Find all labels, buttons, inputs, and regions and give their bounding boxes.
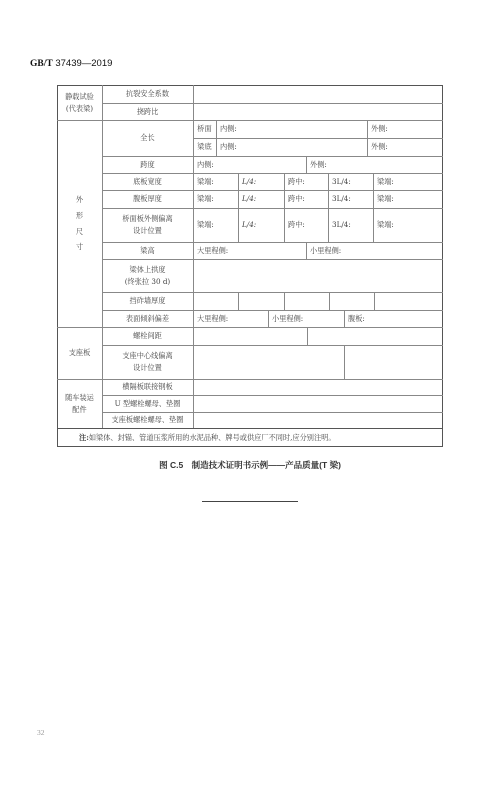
- category-char: 寸: [76, 239, 83, 255]
- bottom-outer-field[interactable]: 外侧:: [367, 138, 443, 156]
- bolt-spacing-label: 螺栓间距: [102, 327, 193, 345]
- web-thickness-end1[interactable]: 梁端:: [193, 190, 238, 208]
- accessories-category: 随车装运 配件: [57, 379, 102, 428]
- span-inner-field[interactable]: 内侧:: [193, 156, 306, 173]
- table-note: 注: 如梁体、封锚、管道压浆所用的水泥品种、牌号或供应厂不同时,应分别注明。: [57, 428, 443, 447]
- surface-tilt-label: 表面倾斜偏差: [102, 310, 193, 327]
- surface-tilt-web-field[interactable]: 腹板:: [344, 310, 443, 327]
- ballast-wall-value[interactable]: [193, 292, 238, 310]
- category-char: 形: [76, 208, 83, 224]
- span-label: 跨度: [102, 156, 193, 173]
- diaphragm-plate-value[interactable]: [193, 379, 443, 395]
- beam-height-label: 梁高: [102, 242, 193, 259]
- bearing-bolt-label: 支座板螺栓螺母、垫圈: [102, 412, 193, 428]
- bottom-width-three-quarter[interactable]: 3L/4:: [328, 173, 373, 190]
- bearing-plate-category: 支座板: [57, 327, 102, 379]
- deck-sub-label: 桥面: [193, 120, 216, 138]
- category-line: 随车装运: [65, 392, 94, 404]
- u-bolt-value[interactable]: [193, 395, 443, 412]
- label-line: 支座中心线偏离: [122, 350, 172, 362]
- web-thickness-end2[interactable]: 梁端:: [373, 190, 443, 208]
- bottom-width-mid[interactable]: 跨中:: [284, 173, 328, 190]
- deck-inner-field[interactable]: 内侧:: [216, 120, 367, 138]
- deflection-span-ratio-label: 挠跨比: [102, 103, 193, 120]
- bearing-bolt-value[interactable]: [193, 412, 443, 428]
- diaphragm-plate-label: 横隔板联接钢板: [102, 379, 193, 395]
- crack-safety-factor-value[interactable]: [193, 85, 443, 103]
- ballast-wall-label: 挡砟墙厚度: [102, 292, 193, 310]
- web-thickness-quarter[interactable]: L/4:: [238, 190, 284, 208]
- bearing-center-offset-label: 支座中心线偏离 设计位置: [102, 345, 193, 379]
- deck-offset-label: 桥面板外侧偏离 设计位置: [102, 208, 193, 242]
- web-thickness-three-quarter[interactable]: 3L/4:: [328, 190, 373, 208]
- web-thickness-label: 腹板厚度: [102, 190, 193, 208]
- dimensions-category: 外 形 尺 寸: [57, 120, 102, 327]
- camber-label: 梁体上拱度 (终张拉 30 d): [102, 259, 193, 292]
- camber-value[interactable]: [193, 259, 443, 292]
- span-outer-field[interactable]: 外侧:: [306, 156, 443, 173]
- label-line: (终张拉 30 d): [125, 276, 171, 288]
- note-text: 如梁体、封锚、管道压浆所用的水泥品种、牌号或供应厂不同时,应分别注明。: [89, 432, 336, 444]
- category-line: (代表梁): [66, 103, 93, 115]
- deck-offset-end2[interactable]: 梁端:: [373, 208, 443, 242]
- label-line: 梁体上拱度: [130, 264, 166, 276]
- beam-height-large-field[interactable]: 大里程侧:: [193, 242, 306, 259]
- beam-height-small-field[interactable]: 小里程侧:: [306, 242, 443, 259]
- bottom-sub-label: 梁底: [193, 138, 216, 156]
- standard-prefix: GB/T: [30, 59, 53, 69]
- end-rule: [202, 501, 298, 502]
- category-char: 尺: [76, 224, 83, 240]
- category-char: 外: [76, 192, 83, 208]
- deflection-span-ratio-value[interactable]: [193, 103, 443, 120]
- ballast-wall-value[interactable]: [238, 292, 284, 310]
- bottom-width-quarter[interactable]: L/4:: [238, 173, 284, 190]
- category-line: 配件: [72, 404, 86, 416]
- category-line: 静载试验: [65, 91, 94, 103]
- bolt-spacing-value[interactable]: [193, 327, 307, 345]
- label-line: 设计位置: [133, 225, 162, 237]
- crack-safety-factor-label: 抗裂安全系数: [102, 85, 193, 103]
- label-line: 桥面板外侧偏离: [122, 213, 172, 225]
- bearing-center-offset-value[interactable]: [344, 345, 443, 379]
- bottom-width-label: 底板宽度: [102, 173, 193, 190]
- ballast-wall-value[interactable]: [284, 292, 329, 310]
- surface-tilt-large-field[interactable]: 大里程侧:: [193, 310, 268, 327]
- static-test-category: 静载试验 (代表梁): [57, 85, 102, 120]
- standard-number: 37439—2019: [55, 58, 112, 69]
- deck-offset-three-quarter[interactable]: 3L/4:: [328, 208, 373, 242]
- page-number: 32: [37, 728, 45, 737]
- bearing-center-offset-value[interactable]: [193, 345, 344, 379]
- web-thickness-mid[interactable]: 跨中:: [284, 190, 328, 208]
- deck-offset-end1[interactable]: 梁端:: [193, 208, 238, 242]
- ballast-wall-value[interactable]: [374, 292, 443, 310]
- figure-caption: 图 C.5 制造技术证明书示例——产品质量(T 梁): [0, 459, 500, 471]
- bottom-inner-field[interactable]: 内侧:: [216, 138, 367, 156]
- note-prefix: 注:: [79, 432, 89, 444]
- standard-header: GB/T 37439—2019: [30, 58, 112, 69]
- deck-outer-field[interactable]: 外侧:: [367, 120, 443, 138]
- label-line: 设计位置: [133, 362, 162, 374]
- surface-tilt-small-field[interactable]: 小里程侧:: [268, 310, 344, 327]
- bolt-spacing-value[interactable]: [307, 327, 443, 345]
- deck-offset-quarter[interactable]: L/4:: [238, 208, 284, 242]
- bottom-width-end2[interactable]: 梁端:: [373, 173, 443, 190]
- full-length-label: 全长: [102, 120, 193, 156]
- u-bolt-label: U 型螺栓螺母、垫圈: [102, 395, 193, 412]
- deck-offset-mid[interactable]: 跨中:: [284, 208, 328, 242]
- ballast-wall-value[interactable]: [329, 292, 374, 310]
- bottom-width-end1[interactable]: 梁端:: [193, 173, 238, 190]
